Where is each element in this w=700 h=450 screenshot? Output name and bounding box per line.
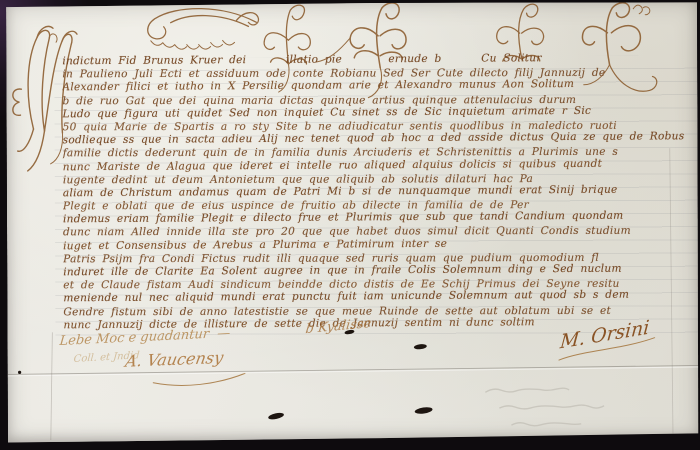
scroll-flourish <box>148 8 259 49</box>
manuscript-text-block: indictum Fid Brunus Kruer dei illatio pi… <box>62 52 697 345</box>
manuscript-line: meniende nul nec aliquid mundi erat punc… <box>63 289 697 306</box>
pencil-annotation <box>485 388 604 426</box>
manuscript-line: induret ille de Clarite Ea Solent augree… <box>63 262 697 279</box>
signature-left: A. Vaucensy <box>124 348 225 371</box>
photo-background: indictum Fid Brunus Kruer dei illatio pi… <box>0 0 700 450</box>
parchment-document: indictum Fid Brunus Kruer dei illatio pi… <box>6 1 699 442</box>
manuscript-line: Alexander filici et iutho in X Persilie … <box>62 78 696 95</box>
